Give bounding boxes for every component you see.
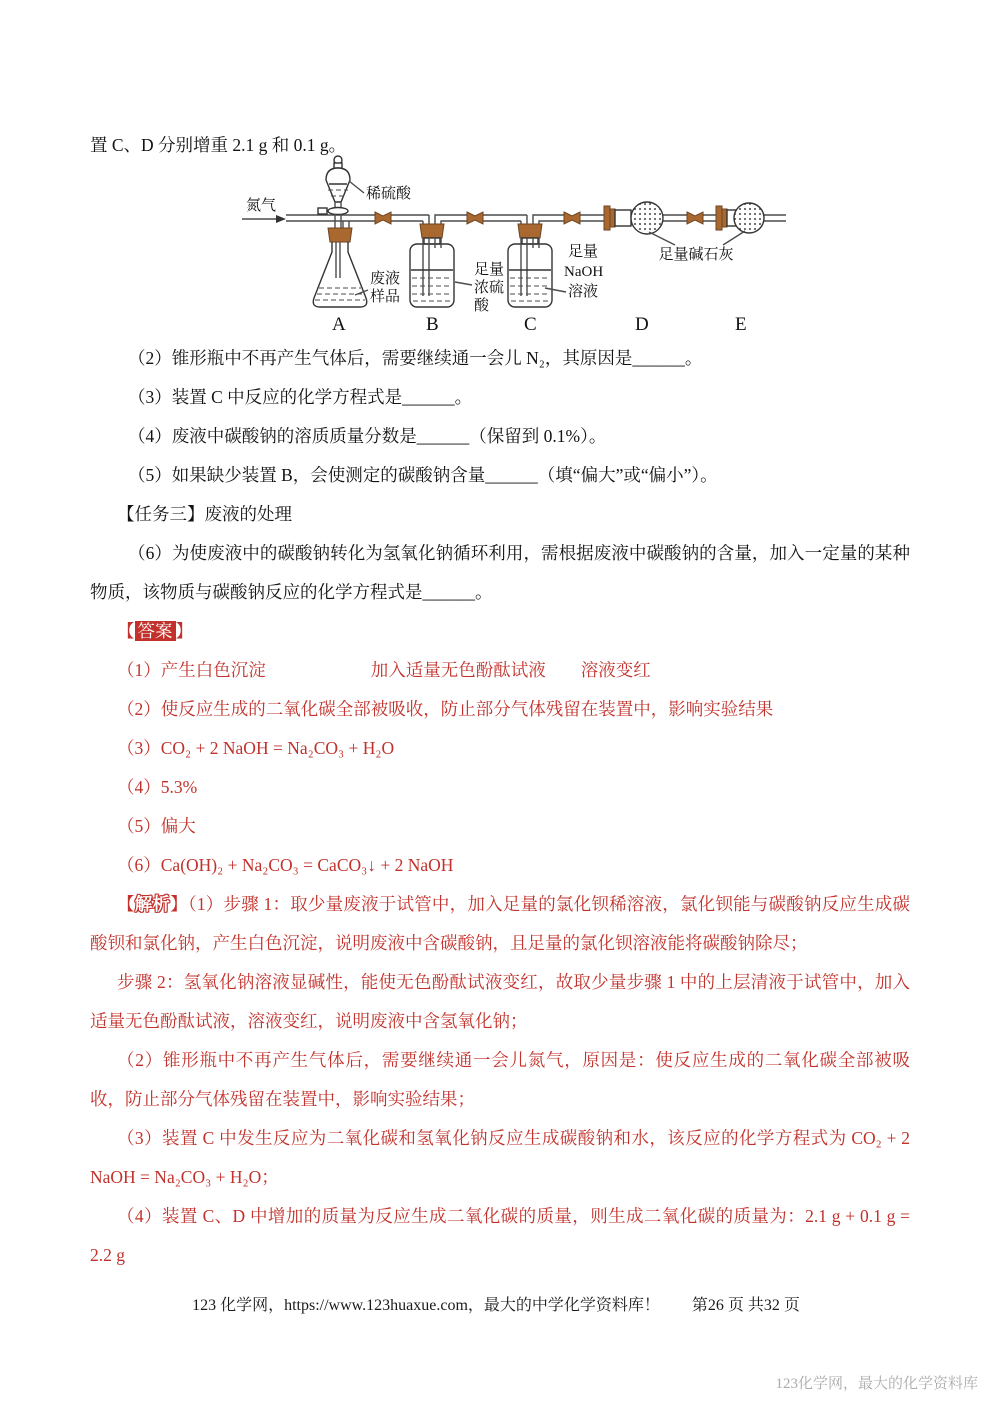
rubber-connector-icon bbox=[467, 212, 483, 224]
waste-sample-label: 样品 bbox=[370, 288, 400, 305]
analysis-paragraph-4: （3）装置 C 中发生反应为二氧化碳和氢氧化钠反应生成碳酸钠和水，该反应的化学方… bbox=[90, 1119, 910, 1197]
bracket-open: 【 bbox=[117, 621, 135, 641]
apparatus-diagram: 氮气 bbox=[228, 152, 788, 344]
answer-item-4: （4）5.3% bbox=[90, 768, 910, 807]
analysis-text-1: （1）步骤 1：取少量废液于试管中，加入足量的氯化钡稀溶液，氯化钡能与碳酸钠反应… bbox=[90, 894, 910, 953]
answers-label: 答案 bbox=[135, 621, 176, 641]
naoh-label: 溶液 bbox=[568, 282, 598, 300]
question-5: （5）如果缺少装置 B，会使测定的碳酸钠含量______（填“偏大”或“偏小”）… bbox=[90, 456, 910, 495]
exam-page: 置 C、D 分别增重 2.1 g 和 0.1 g。 氮气 bbox=[0, 0, 992, 1403]
answer-item-3: （3）CO₂ + 2 NaOH = Na₂CO₃ + H₂O bbox=[90, 729, 910, 768]
drying-bulb-e bbox=[716, 203, 764, 233]
bracket-close: 】 bbox=[170, 894, 188, 914]
footer-line: 123 化学网，https://www.123huaxue.com，最大的中学化… bbox=[0, 1292, 992, 1315]
rubber-connector-icon bbox=[687, 212, 703, 224]
text-column: （2）锥形瓶中不再产生气体后，需要继续通一会儿 N₂，其原因是______。 （… bbox=[90, 339, 910, 1275]
apparatus-letter-d: D bbox=[635, 314, 649, 335]
apparatus-letter-c: C bbox=[524, 314, 537, 335]
waste-sample-label: 废液 bbox=[370, 269, 400, 287]
analysis-label: 解析 bbox=[135, 894, 170, 914]
apparatus-letter-a: A bbox=[332, 314, 346, 335]
bracket-close: 】 bbox=[176, 621, 194, 641]
analysis-paragraph-3: （2）锥形瓶中不再产生气体后，需要继续通一会儿氮气，原因是：使反应生成的二氧化碳… bbox=[90, 1041, 910, 1119]
task3-heading: 【任务三】废液的处理 bbox=[90, 495, 910, 534]
question-3: （3）装置 C 中反应的化学方程式是______。 bbox=[90, 378, 910, 417]
apparatus-letter-e: E bbox=[735, 314, 747, 335]
separating-funnel bbox=[318, 156, 350, 228]
watermark: 123化学网，最大的化学资料库 bbox=[775, 1372, 978, 1393]
analysis-paragraph-5: （4）装置 C、D 中增加的质量为反应生成二氧化碳的质量，则生成二氧化碳的质量为… bbox=[90, 1197, 910, 1275]
conical-flask-a bbox=[313, 228, 367, 307]
gas-washing-bottle-c bbox=[508, 224, 552, 307]
question-4: （4）废液中碳酸钠的溶质质量分数是______（保留到 0.1%）。 bbox=[90, 417, 910, 456]
apparatus-letter-b: B bbox=[426, 314, 439, 335]
answer-item-6: （6）Ca(OH)₂ + Na₂CO₃ = CaCO₃↓ + 2 NaOH bbox=[90, 846, 910, 885]
soda-lime-label: 足量碱石灰 bbox=[658, 246, 733, 263]
nitrogen-label: 氮气 bbox=[246, 197, 276, 214]
rubber-connector-icon bbox=[564, 212, 580, 224]
answer-item-1: （1）产生白色沉淀 加入适量无色酚酞试液 溶液变红 bbox=[90, 651, 910, 690]
naoh-label: NaOH bbox=[564, 264, 603, 280]
answer-item-2: （2）使反应生成的二氧化碳全部被吸收，防止部分气体残留在装置中，影响实验结果 bbox=[90, 690, 910, 729]
question-2: （2）锥形瓶中不再产生气体后，需要继续通一会儿 N₂，其原因是______。 bbox=[90, 339, 910, 378]
drying-bulb-d bbox=[604, 202, 663, 234]
conc-acid-label: 足量 bbox=[474, 261, 504, 278]
conc-acid-label: 浓硫 bbox=[474, 279, 504, 296]
answers-heading: 【答案】 bbox=[90, 612, 910, 651]
analysis-paragraph-2: 步骤 2：氢氧化钠溶液显碱性，能使无色酚酞试液变红，故取少量步骤 1 中的上层清… bbox=[90, 963, 910, 1041]
gas-washing-bottle-b bbox=[410, 224, 454, 307]
dilute-acid-label: 稀硫酸 bbox=[366, 185, 412, 202]
nitrogen-arrow-icon bbox=[242, 215, 286, 223]
conc-acid-label: 酸 bbox=[474, 297, 490, 314]
bracket-open: 【 bbox=[117, 894, 135, 914]
question-6: （6）为使废液中的碳酸钠转化为氢氧化钠循环利用，需根据废液中碳酸钠的含量，加入一… bbox=[90, 534, 910, 612]
naoh-label: 足量 bbox=[568, 243, 598, 260]
analysis-paragraph-1: 【解析】（1）步骤 1：取少量废液于试管中，加入足量的氯化钡稀溶液，氯化钡能与碳… bbox=[90, 885, 910, 963]
answer-item-5: （5）偏大 bbox=[90, 807, 910, 846]
rubber-connector-icon bbox=[375, 212, 391, 224]
